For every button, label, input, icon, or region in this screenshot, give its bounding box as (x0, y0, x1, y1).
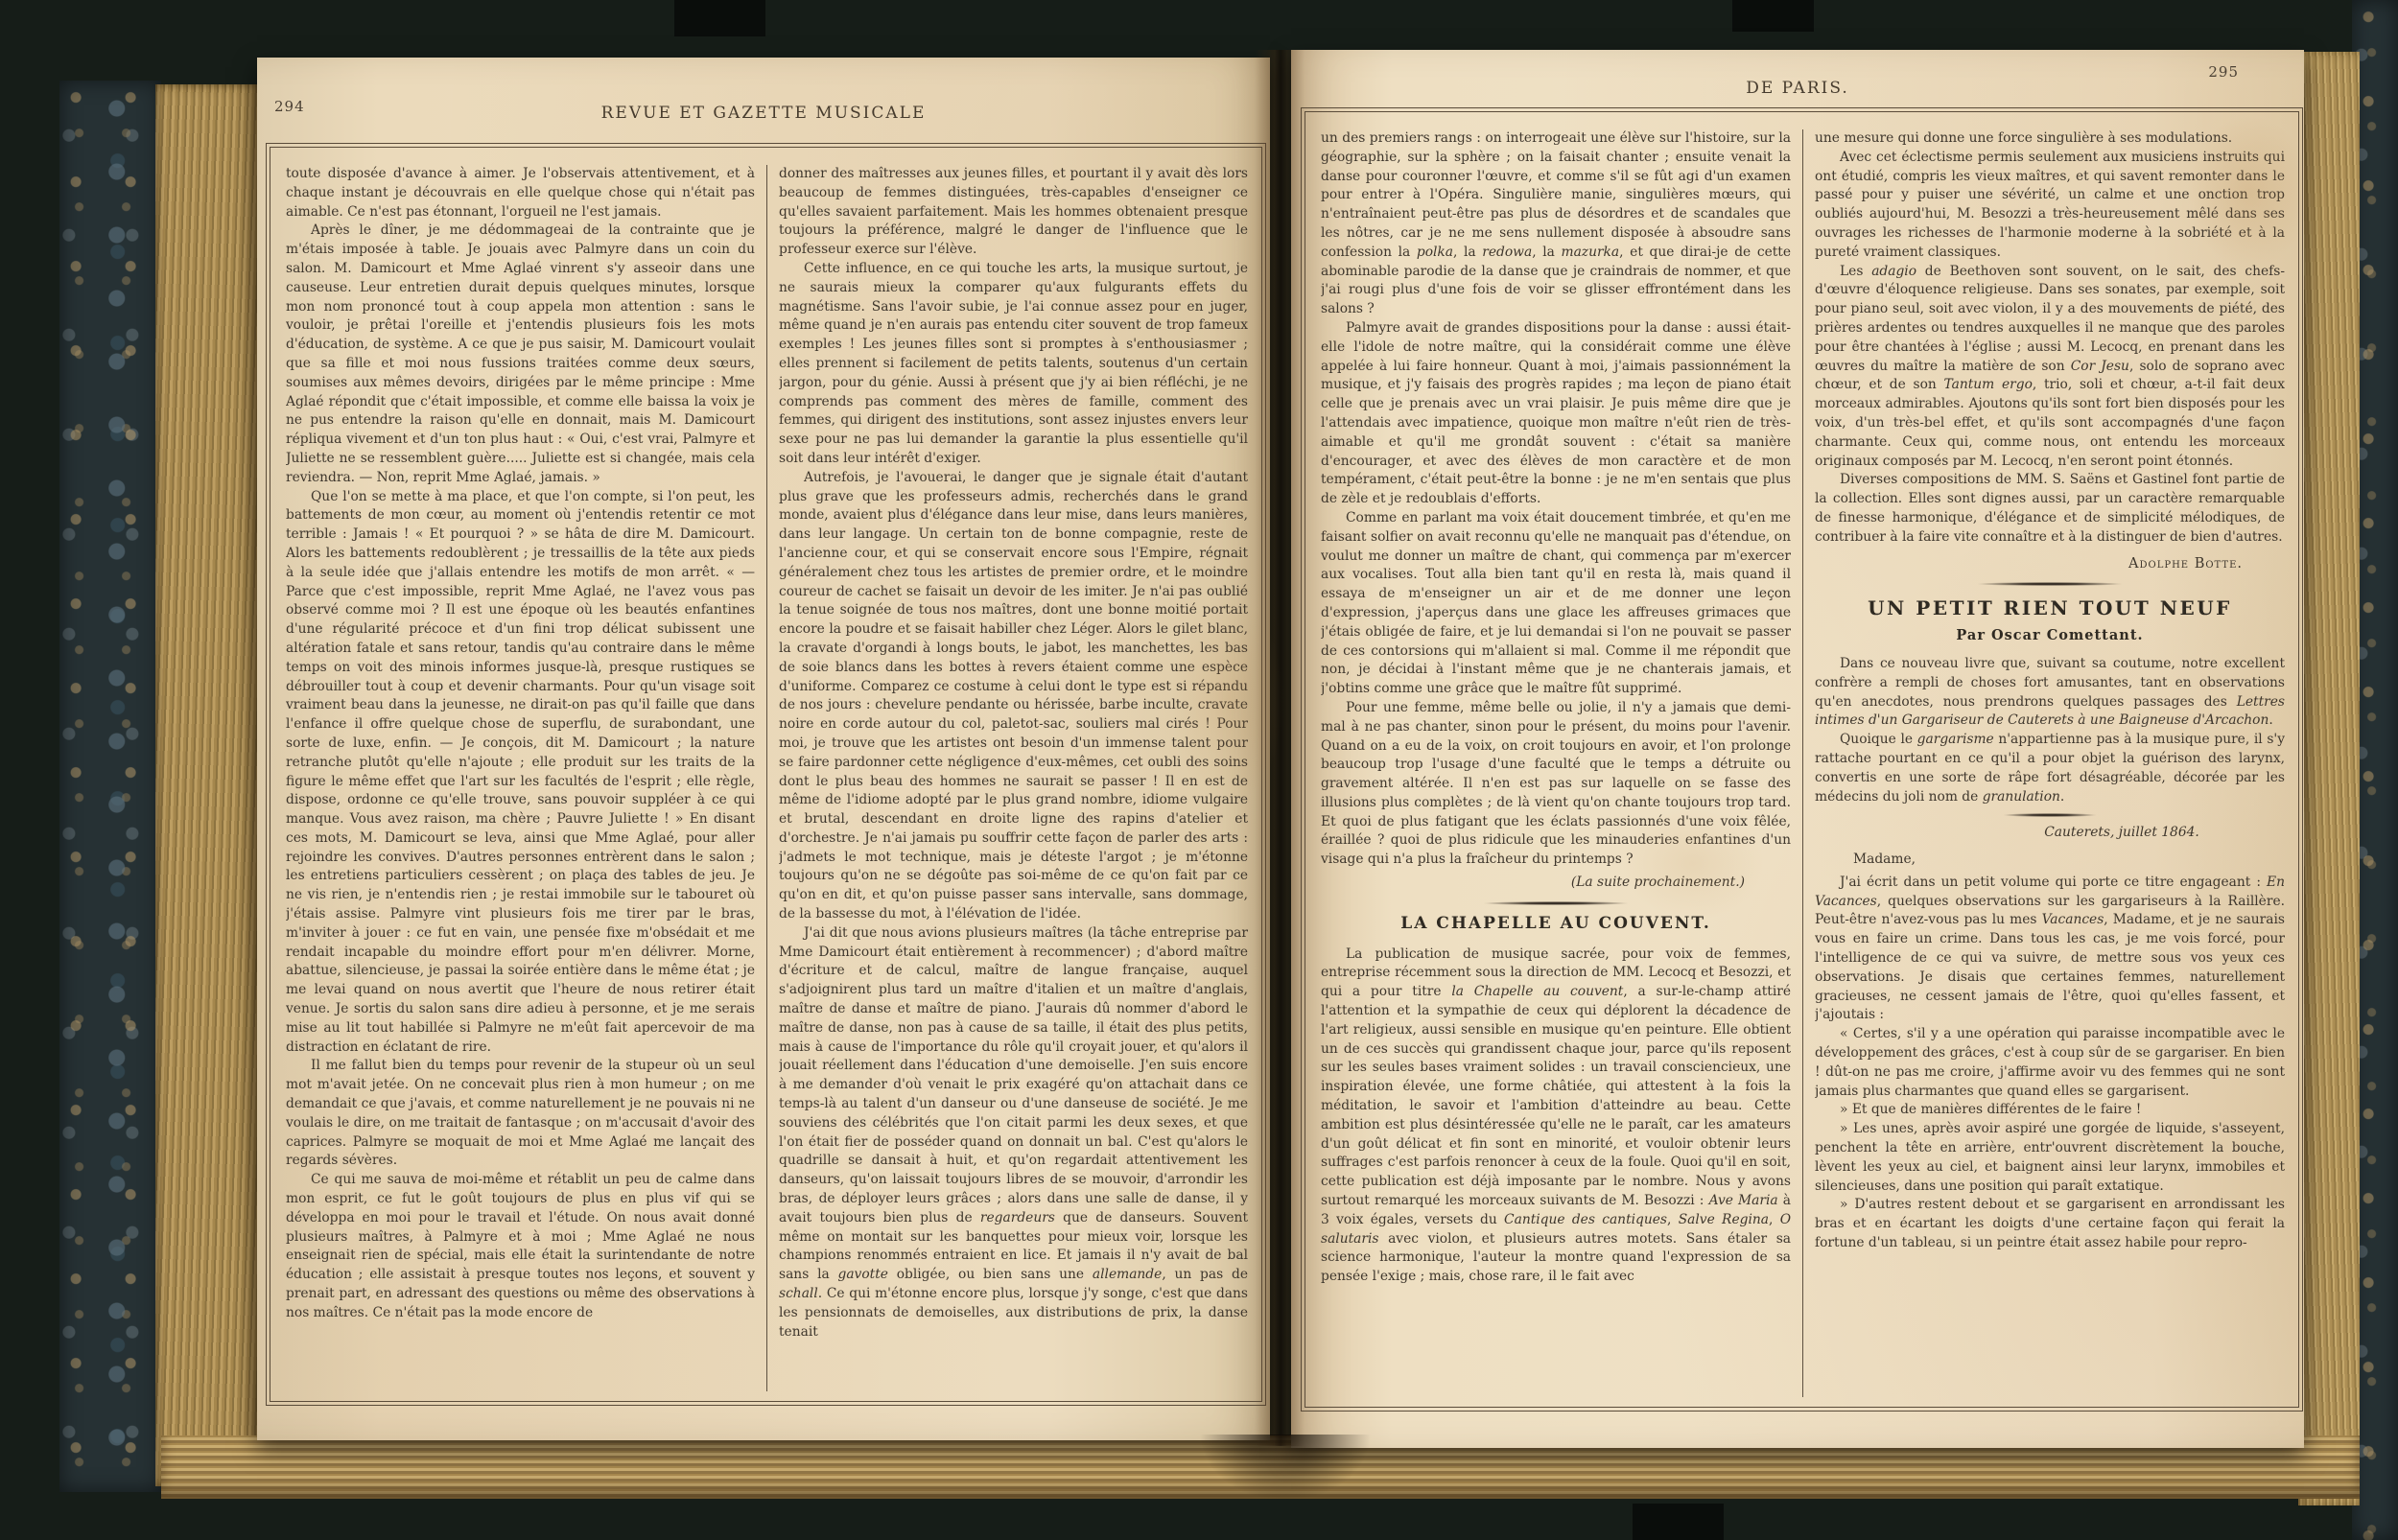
right-page-column-2: une mesure qui donne une force singulièr… (1815, 129, 2285, 1397)
paragraph: Que l'on se mette à ma place, et que l'o… (286, 488, 755, 1058)
press-clamp-top-right (1732, 0, 1814, 32)
paragraph: Comme en parlant ma voix était doucement… (1321, 509, 1791, 699)
paragraph: Les adagio de Beethoven sont souvent, on… (1815, 263, 2285, 472)
column-rule (766, 165, 767, 1391)
paragraph: Après le dîner, je me dédommageai de la … (286, 222, 755, 487)
paragraph: J'ai écrit dans un petit volume qui port… (1815, 874, 2285, 1025)
section-title: LA CHAPELLE AU COUVENT. (1321, 915, 1791, 934)
column-rule (1802, 129, 1803, 1397)
letter-salutation: Madame, (1815, 851, 2285, 870)
paragraph: La publication de musique sacrée, pour v… (1321, 945, 1791, 1287)
letter-text: J'ai écrit dans un petit volume qui port… (1815, 874, 2285, 1253)
paragraph: donner des maîtresses aux jeunes filles,… (779, 165, 1248, 260)
right-running-title: DE PARIS. (1291, 79, 2304, 98)
section-text: La publication de musique sacrée, pour v… (1321, 945, 1791, 1287)
paragraph: Ce qui me sauva de moi-même et rétablit … (286, 1171, 755, 1322)
review-text: une mesure qui donne une force singulièr… (1815, 129, 2285, 548)
letter-dateline: Cauterets, juillet 1864. (1815, 824, 2285, 843)
paragraph: Quoique le gargarisme n'appartienne pas … (1815, 731, 2285, 806)
paragraph: « Certes, s'il y a une opération qui par… (1815, 1025, 2285, 1101)
right-page-border-frame: un des premiers rangs : on interrogeait … (1305, 111, 2299, 1408)
paragraph: Il me fallut bien du temps pour revenir … (286, 1057, 755, 1171)
paragraph: une mesure qui donne une force singulièr… (1815, 129, 2285, 149)
left-running-title: REVUE ET GAZETTE MUSICALE (257, 104, 1270, 123)
press-clamp-top-left (674, 0, 765, 36)
short-rule-divider (2004, 813, 2096, 817)
paragraph: » Les unes, après avoir aspiré une gorgé… (1815, 1120, 2285, 1196)
paragraph: toute disposée d'avance à aimer. Je l'ob… (286, 165, 755, 222)
paragraph: Autrefois, je l'avouerai, le danger que … (779, 469, 1248, 924)
paragraph: » Et que de manières différentes de le f… (1815, 1101, 2285, 1120)
left-page-column-2: donner des maîtresses aux jeunes filles,… (779, 165, 1248, 1391)
article-intro-text: Dans ce nouveau livre que, suivant sa co… (1815, 655, 2285, 806)
left-page: 294 REVUE ET GAZETTE MUSICALE toute disp… (257, 58, 1270, 1440)
right-page: DE PARIS. 295 un des premiers rangs : on… (1291, 50, 2304, 1448)
paragraph: Avec cet éclectisme permis seulement aux… (1815, 149, 2285, 263)
paragraph: Cette influence, en ce qui touche les ar… (779, 260, 1248, 469)
page-edges-left (155, 84, 261, 1486)
paragraph: Palmyre avait de grandes dispositions po… (1321, 319, 1791, 509)
paragraph: Diverses compositions de MM. S. Saëns et… (1815, 471, 2285, 547)
paragraph: un des premiers rangs : on interrogeait … (1321, 129, 1791, 319)
continuation-note: (La suite prochainement.) (1321, 874, 1745, 893)
book-gutter-shadow (1255, 50, 1305, 1446)
left-page-column-1: toute disposée d'avance à aimer. Je l'ob… (286, 165, 755, 1391)
marbled-cover-left (59, 81, 161, 1492)
swelled-rule-divider (1978, 582, 2122, 586)
right-page-column-1: un des premiers rangs : on interrogeait … (1321, 129, 1791, 1397)
page-edges-right (2298, 52, 2360, 1505)
swelled-rule-divider (1484, 901, 1628, 905)
book-scan: { "palette":{"background":"#161d18","pap… (0, 0, 2398, 1540)
paragraph: J'ai dit que nous avions plusieurs maîtr… (779, 924, 1248, 1342)
right-page-number: 295 (2208, 63, 2239, 81)
spine-foot-shadow (1199, 1435, 1372, 1502)
paragraph: » D'autres restent debout et se gargaris… (1815, 1196, 2285, 1252)
author-signature: Adolphe Botte. (1815, 555, 2243, 574)
paragraph: Pour une femme, même belle ou jolie, il … (1321, 699, 1791, 870)
article-title: UN PETIT RIEN TOUT NEUF (1815, 599, 2285, 618)
serial-story-text: un des premiers rangs : on interrogeait … (1321, 129, 1791, 870)
article-byline: Par Oscar Comettant. (1815, 626, 2285, 645)
press-clamp-bottom (1633, 1504, 1724, 1540)
paragraph: Dans ce nouveau livre que, suivant sa co… (1815, 655, 2285, 731)
left-page-border-frame: toute disposée d'avance à aimer. Je l'ob… (270, 147, 1262, 1402)
